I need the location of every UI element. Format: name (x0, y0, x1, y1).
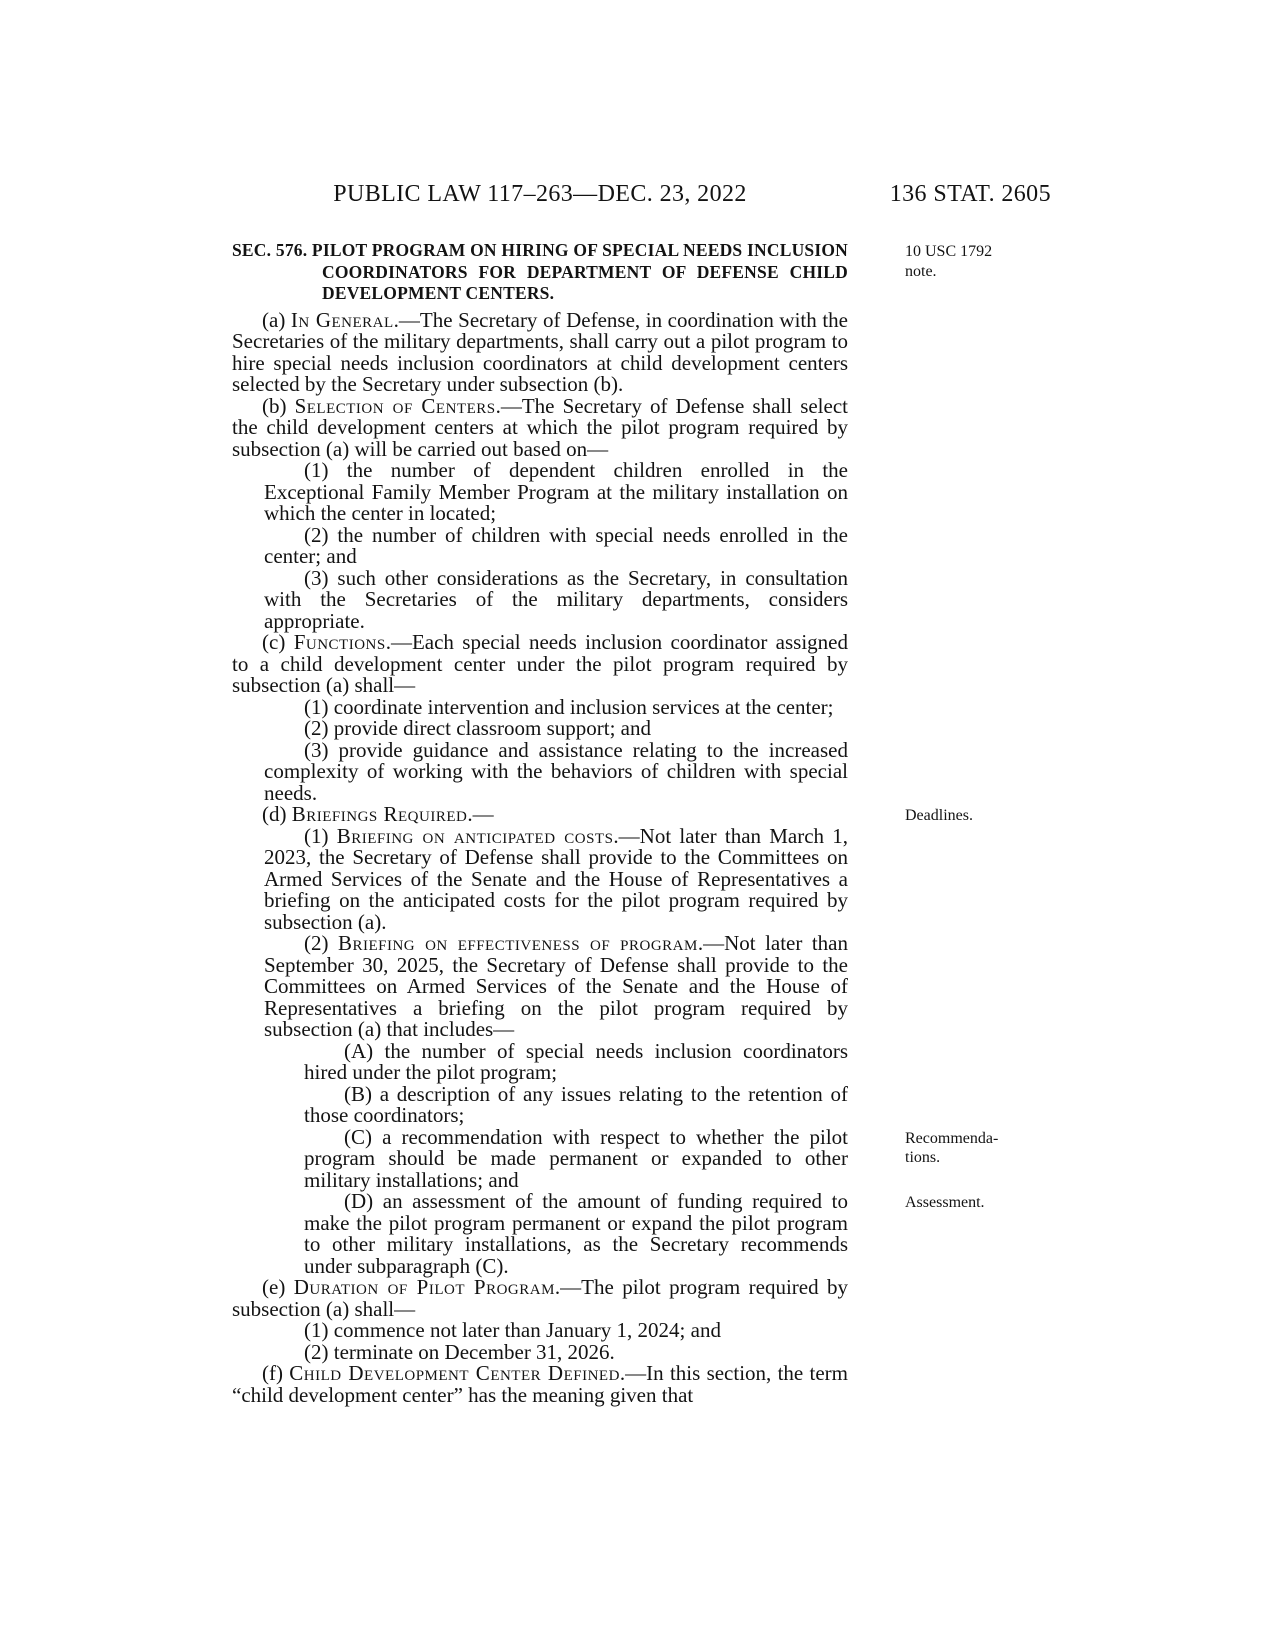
statute-paragraph: (a) In General.—The Secretary of Defense… (232, 310, 848, 396)
section-heading-text: SEC. 576. PILOT PROGRAM ON HIRING OF SPE… (232, 240, 848, 303)
statute-paragraph: (1) commence not later than January 1, 2… (264, 1320, 848, 1342)
text-run: (3) such other considerations as the Sec… (264, 566, 848, 633)
statute-paragraph: (A) the number of special needs inclusio… (304, 1041, 848, 1084)
text-run: (2) provide direct classroom support; an… (304, 716, 651, 740)
running-head-law-title: PUBLIC LAW 117–263—DEC. 23, 2022 (232, 181, 848, 208)
statute-paragraph: (2) provide direct classroom support; an… (264, 718, 848, 740)
text-run: (c) (262, 630, 294, 654)
statute-paragraph: (c) Functions.—Each special needs inclus… (232, 632, 848, 697)
small-caps-term: Child Development Center Defined (289, 1361, 620, 1385)
statute-paragraph: (3) such other considerations as the Sec… (264, 568, 848, 633)
text-run: (1) coordinate intervention and inclusio… (304, 695, 833, 719)
text-run: (3) provide guidance and assistance rela… (264, 738, 848, 805)
statute-paragraph: (1) the number of dependent children enr… (264, 460, 848, 525)
text-run: (B) a description of any issues relating… (304, 1082, 848, 1128)
text-run: (e) (262, 1275, 294, 1299)
statute-paragraph: (1) Briefing on anticipated costs.—Not l… (264, 826, 848, 934)
small-caps-term: Selection of Centers (295, 394, 496, 418)
small-caps-term: Functions (294, 630, 386, 654)
text-run: (f) (262, 1361, 289, 1385)
statute-paragraph: (2) Briefing on effectiveness of program… (264, 933, 848, 1041)
small-caps-term: Briefing on anticipated costs (337, 824, 614, 848)
text-run: (a) (262, 308, 291, 332)
statute-text-column: SEC. 576. PILOT PROGRAM ON HIRING OF SPE… (232, 240, 848, 1406)
statute-paragraph: (C) a recommendation with respect to whe… (304, 1127, 848, 1192)
text-run: (d) (262, 802, 292, 826)
section-heading: SEC. 576. PILOT PROGRAM ON HIRING OF SPE… (232, 240, 848, 305)
statute-paragraph: (2) the number of children with special … (264, 525, 848, 568)
text-run: (1) (304, 824, 337, 848)
text-run: (1) commence not later than January 1, 2… (304, 1318, 721, 1342)
statute-paragraph: (D) an assessment of the amount of fundi… (304, 1191, 848, 1277)
statute-paragraph: (e) Duration of Pilot Program.—The pilot… (232, 1277, 848, 1320)
margin-note: Deadlines. (905, 806, 1060, 826)
statute-paragraph: (b) Selection of Centers.—The Secretary … (232, 396, 848, 461)
statute-paragraph: (2) terminate on December 31, 2026. (264, 1342, 848, 1364)
text-run: .— (467, 802, 493, 826)
margin-note: Assessment. (905, 1193, 1060, 1213)
text-run: (b) (262, 394, 295, 418)
small-caps-term: In General (291, 308, 394, 332)
text-run: (C) a recommendation with respect to whe… (304, 1125, 848, 1192)
text-run: (1) the number of dependent children enr… (264, 458, 848, 525)
margin-note-usc-citation: 10 USC 1792 note. (905, 242, 1060, 281)
statute-paragraph: (f) Child Development Center Defined.—In… (232, 1363, 848, 1406)
text-run: (2) the number of children with special … (264, 523, 848, 569)
text-run: (2) (304, 931, 338, 955)
text-run: (A) the number of special needs inclusio… (304, 1039, 848, 1085)
small-caps-term: Briefings Required (292, 802, 468, 826)
statute-paragraph: (1) coordinate intervention and inclusio… (264, 697, 848, 719)
small-caps-term: Duration of Pilot Program (294, 1275, 555, 1299)
text-run: (2) terminate on December 31, 2026. (304, 1340, 615, 1364)
statute-page: PUBLIC LAW 117–263—DEC. 23, 2022 136 STA… (0, 0, 1275, 1650)
statute-paragraphs: (a) In General.—The Secretary of Defense… (232, 310, 848, 1407)
running-head-stat-number: 136 STAT. 2605 (890, 181, 1051, 208)
statute-paragraph: (3) provide guidance and assistance rela… (264, 740, 848, 805)
margin-note: Recommenda- tions. (905, 1129, 1060, 1168)
text-run: (D) an assessment of the amount of fundi… (304, 1189, 848, 1278)
small-caps-term: Briefing on effectiveness of program (338, 931, 698, 955)
statute-paragraph: (d) Briefings Required.—Deadlines. (232, 804, 848, 826)
statute-paragraph: (B) a description of any issues relating… (304, 1084, 848, 1127)
